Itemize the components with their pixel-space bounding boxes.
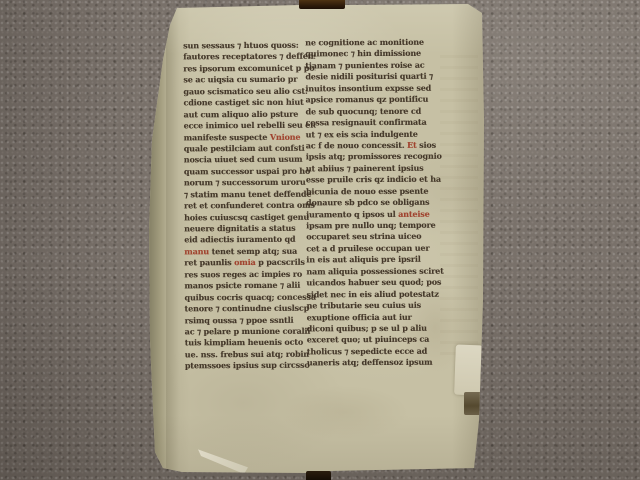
text-line: donaure sb pdco se obligans	[306, 197, 448, 209]
text-line: quam successor uspai pro ho	[184, 165, 316, 177]
text-line: ut ⁊ ex eis scia indulgente	[306, 128, 448, 140]
text-line: ut abiius ⁊ painerent ipsius	[306, 162, 448, 174]
text-line: sun sessaus ⁊ htuos quoss:	[183, 40, 315, 52]
text-line: quibus cocris quacq; concessa	[184, 291, 316, 303]
text-line: sidet nec in eis aliud potestatz	[306, 288, 448, 300]
text-line: ipsam pre nullo unq; tempore	[306, 220, 448, 232]
text-line: norum ⁊ successorum uroru	[184, 177, 316, 189]
text-line: ret et confunderet contra oms	[184, 200, 316, 212]
text-line: ac ⁊ pelare p munione coralii	[185, 326, 317, 338]
text-line: nam aliquia possessiones sciret	[306, 265, 448, 277]
text-line: cdione castiget sic non hiut	[183, 97, 315, 109]
text-line: ne tributarie seu cuius uis	[307, 300, 449, 312]
text-line: ecce inimico uel rebelli seu eid	[184, 120, 316, 132]
text-line: tuis kimpliam heuenis octo	[185, 337, 317, 349]
text-line: cet a d pruilese occupan uer	[306, 243, 448, 255]
text-line: ue. nss. frebus sui atq; robin	[185, 348, 317, 360]
text-line: inuitos insontium expsse sed	[305, 82, 447, 94]
text-line: quale pestilciam aut confsti	[184, 143, 316, 155]
text-line: esse pruile cris qz indicio et ha	[306, 174, 448, 186]
text-line: ac f de nouo concessit. Et sios	[306, 140, 448, 152]
text-line: neuere dignitatis a status	[184, 223, 316, 235]
left-text-column: sun sessaus ⁊ htuos quoss:fautores recep…	[183, 40, 317, 372]
text-line: cessa resignauit confirmata	[306, 117, 448, 129]
text-line: tholicus ⁊ sepedicte ecce ad	[307, 345, 449, 357]
right-edge-repair-patch	[454, 345, 483, 396]
text-line: de sub quocunq; tenore cd	[305, 105, 447, 117]
text-line: ret paunlis omia p pacscrils	[184, 257, 316, 269]
text-line: res suos reges ac impies ro	[184, 268, 316, 280]
text-line: res ipsorum excomunicet p pos	[183, 63, 315, 75]
text-line: in eis aut aliquis pre ipsril	[306, 254, 448, 266]
text-line: hoies cuiuscsq castiget genu	[184, 211, 316, 223]
text-line: uaneris atq; deffensoz ipsum	[307, 357, 449, 369]
text-line: ne cognitione ac monitione	[305, 37, 447, 49]
text-line: aut cum aliquo alio psture	[183, 108, 315, 120]
text-line: ⁊ statim manu tenet deffende	[184, 188, 316, 200]
text-line: uicandos habuer seu quod; pos	[306, 277, 448, 289]
text-line: iuramento q ipsos ul anteise	[306, 208, 448, 220]
text-line: quimonec ⁊ hin dimissione	[305, 48, 447, 60]
text-line: se ac uiqsia cu sumario pr	[183, 74, 315, 86]
binding-strap-top	[299, 0, 345, 9]
text-line: occuparet seu strina uiceo	[306, 231, 448, 243]
text-line: fautores receptatores ⁊ deffenso	[183, 51, 315, 63]
photo-scene: sun sessaus ⁊ htuos quoss:fautores recep…	[0, 0, 640, 480]
text-line: ipsis atq; promissores recognio	[306, 151, 448, 163]
text-line: eid adiectis iuramento qd	[184, 234, 316, 246]
text-line: diconi quibus; p se ul p aliu	[307, 323, 449, 335]
text-line: exuptione officia aut iur	[307, 311, 449, 323]
text-line: tenore ⁊ continudne ciuslscp	[185, 303, 317, 315]
text-line: ptemssoes ipsius sup circsso	[185, 360, 317, 372]
text-line: rsimq oussa ⁊ ppoe ssntli	[185, 314, 317, 326]
binding-clasp-bottom	[306, 471, 331, 480]
text-line: bicunia de nouo esse psente	[306, 185, 448, 197]
text-line: exceret quo; ut piuinceps ca	[307, 334, 449, 346]
right-text-column: ne cognitione ac monitionequimonec ⁊ hin…	[305, 37, 449, 369]
text-line: desie nidili positurisi quarti ⁊	[305, 71, 447, 83]
text-line: noscia uiuet sed cum usum	[184, 154, 316, 166]
text-line: gauo scismatico seu alio cst:	[183, 85, 315, 97]
parchment-stain	[280, 385, 410, 440]
text-line: tianam ⁊ punientes roise ac	[305, 60, 447, 72]
text-line: manifeste suspecte Vnione	[184, 131, 316, 143]
text-line: manu tenet semp atq; sua	[184, 246, 316, 258]
text-line: apsice romanus qz pontificu	[305, 94, 447, 106]
text-line: manos psicte romane ⁊ alii	[184, 280, 316, 292]
